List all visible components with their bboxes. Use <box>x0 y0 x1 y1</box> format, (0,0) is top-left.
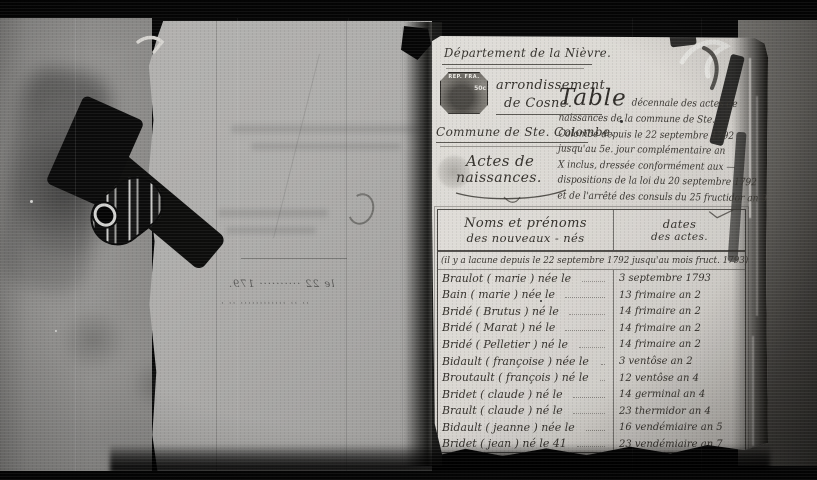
underline <box>442 64 592 65</box>
actes-line2: naissances. <box>456 170 542 186</box>
newborn-name: Bidault ( françoise ) née le <box>442 354 589 368</box>
table-row: Brault ( claude ) né le 23 thermidor an … <box>438 402 745 419</box>
name-cell: Bridé ( Marat ) né le <box>438 320 613 335</box>
film-bottom-band <box>0 471 817 480</box>
title-big-word: Table <box>559 85 627 112</box>
newborn-name: Braulot ( marie ) née le <box>442 271 571 285</box>
name-cell: Bridé ( Pelletier ) né le <box>438 337 613 352</box>
name-cell: Bidault ( jeanne ) née le <box>438 420 613 435</box>
table-row: Bidault ( françoise ) née le 3 ventôse a… <box>438 353 745 370</box>
newborn-name: Bridet ( claude ) né le <box>442 387 563 401</box>
page-corner-curl <box>136 34 166 60</box>
title-line: et de l'arrêté des consuls du 25 fructid… <box>557 188 750 206</box>
table-row: Bridé ( Marat ) né le 14 frimaire an 2 <box>438 320 745 337</box>
underline <box>446 68 584 69</box>
newborn-name: Bridé ( Marat ) né le <box>442 320 555 334</box>
lacune-note-row: (il y a lacune depuis le 22 septembre 17… <box>438 252 745 270</box>
stamp-value-text: 50c <box>474 85 486 92</box>
table-row: Bridé ( Pelletier ) né le 14 frimaire an… <box>438 336 745 353</box>
dot-leader <box>600 379 605 381</box>
dot-leader <box>582 280 605 282</box>
table-row: Bain ( marie ) née le 13 frimaire an 2 <box>438 287 745 304</box>
dates-header-line2: des actes. <box>651 231 708 243</box>
bleed-through-text: ·· ·· ············ ·· · <box>220 299 309 309</box>
names-header-line2: des nouveaux - nés <box>466 231 584 245</box>
name-cell: Bidault ( françoise ) née le <box>438 354 613 369</box>
dust-speck <box>30 200 33 203</box>
dust-speck <box>540 300 542 302</box>
table-row: Braulot ( marie ) née le 3 septembre 179… <box>438 270 745 287</box>
film-top-band <box>0 0 817 18</box>
bleed-through-text: le 22 ·········· 179. <box>228 279 334 290</box>
newborn-name: Broutault ( françois ) né le <box>442 370 589 384</box>
dates-header-line1: dates <box>663 217 697 231</box>
names-header-line1: Noms et prénoms <box>464 216 587 231</box>
stamp-top-text: REP. FRA. <box>440 74 488 80</box>
film-scratch <box>632 0 633 480</box>
table-header-row: Noms et prénoms des nouveaux - nés dates… <box>438 210 745 252</box>
film-scratch <box>701 0 702 480</box>
lacune-note-text: (il y a lacune depuis le 22 septembre 17… <box>441 256 748 266</box>
name-cell: Brault ( claude ) né le <box>438 403 613 418</box>
dot-leader <box>565 329 605 331</box>
names-header-cell: Noms et prénoms des nouveaux - nés <box>438 210 613 250</box>
title-line: décennale des actes de <box>632 96 738 113</box>
dust-speck <box>55 330 57 332</box>
name-cell: Bridé ( Brutus ) né le <box>438 304 613 319</box>
act-date: 16 vendémiaire an 5 <box>619 421 723 433</box>
ink-ghost-band <box>251 143 401 150</box>
newborn-name: Bidault ( jeanne ) née le <box>442 420 575 434</box>
title-first-line: Table décennale des actes de <box>559 85 773 114</box>
dot-leader <box>586 429 605 431</box>
actes-line1: Actes de <box>466 152 534 170</box>
newborn-name: Bain ( marie ) née le <box>442 287 555 301</box>
dot-leader <box>579 346 605 348</box>
revenue-stamp: REP. FRA. 50c <box>440 72 488 114</box>
film-scratch <box>75 0 76 480</box>
name-cell: Bain ( marie ) née le <box>438 287 613 302</box>
dot-leader <box>573 412 605 414</box>
table-row: Bridet ( claude ) né le 14 germinal an 4 <box>438 386 745 403</box>
table-row: Broutault ( françois ) né le 12 ventôse … <box>438 369 745 386</box>
name-cell: Broutault ( françois ) né le <box>438 370 613 385</box>
newborn-name: Brault ( claude ) né le <box>442 403 563 417</box>
title-paragraph: Table décennale des actes de naissances … <box>557 85 773 226</box>
film-scratch <box>348 0 349 480</box>
department-line: Département de la Nièvre. <box>444 46 611 60</box>
film-scratch <box>237 0 238 480</box>
newborn-name: Bridé ( Brutus ) né le <box>442 304 559 318</box>
register-table: Noms et prénoms des nouveaux - nés dates… <box>437 209 746 453</box>
right-page: Département de la Nièvre. REP. FRA. 50c … <box>432 36 768 462</box>
dot-leader <box>573 396 605 398</box>
table-row: Bridé ( Brutus ) né le 14 frimaire an 2 <box>438 303 745 320</box>
name-cell: Bridet ( claude ) né le <box>438 387 613 402</box>
newborn-name: Bridé ( Pelletier ) né le <box>442 337 568 351</box>
page-fold-line <box>346 21 347 471</box>
act-date: 12 ventôse an 4 <box>619 372 699 384</box>
ink-ghost-band <box>226 227 316 234</box>
page-fold-line <box>402 27 403 465</box>
dust-speck <box>620 120 623 123</box>
dot-leader <box>569 313 605 315</box>
act-date: 3 ventôse an 2 <box>619 355 693 367</box>
ink-ghost-band <box>218 209 328 217</box>
page-bottom-shadow <box>110 444 770 472</box>
dot-leader <box>601 363 605 365</box>
name-cell: Braulot ( marie ) née le <box>438 271 613 286</box>
dot-leader <box>565 296 605 298</box>
table-row: Bidault ( jeanne ) née le 16 vendémiaire… <box>438 419 745 436</box>
faint-rule <box>241 258 347 259</box>
ink-ghost-band <box>231 125 431 133</box>
register-table-body: Braulot ( marie ) née le 3 septembre 179… <box>438 270 745 452</box>
edge-highlight-streak <box>752 336 754 446</box>
microfilm-register-photo: le 22 ·········· 179. ·· ·· ············… <box>0 0 817 480</box>
flourish-underline <box>454 188 570 206</box>
